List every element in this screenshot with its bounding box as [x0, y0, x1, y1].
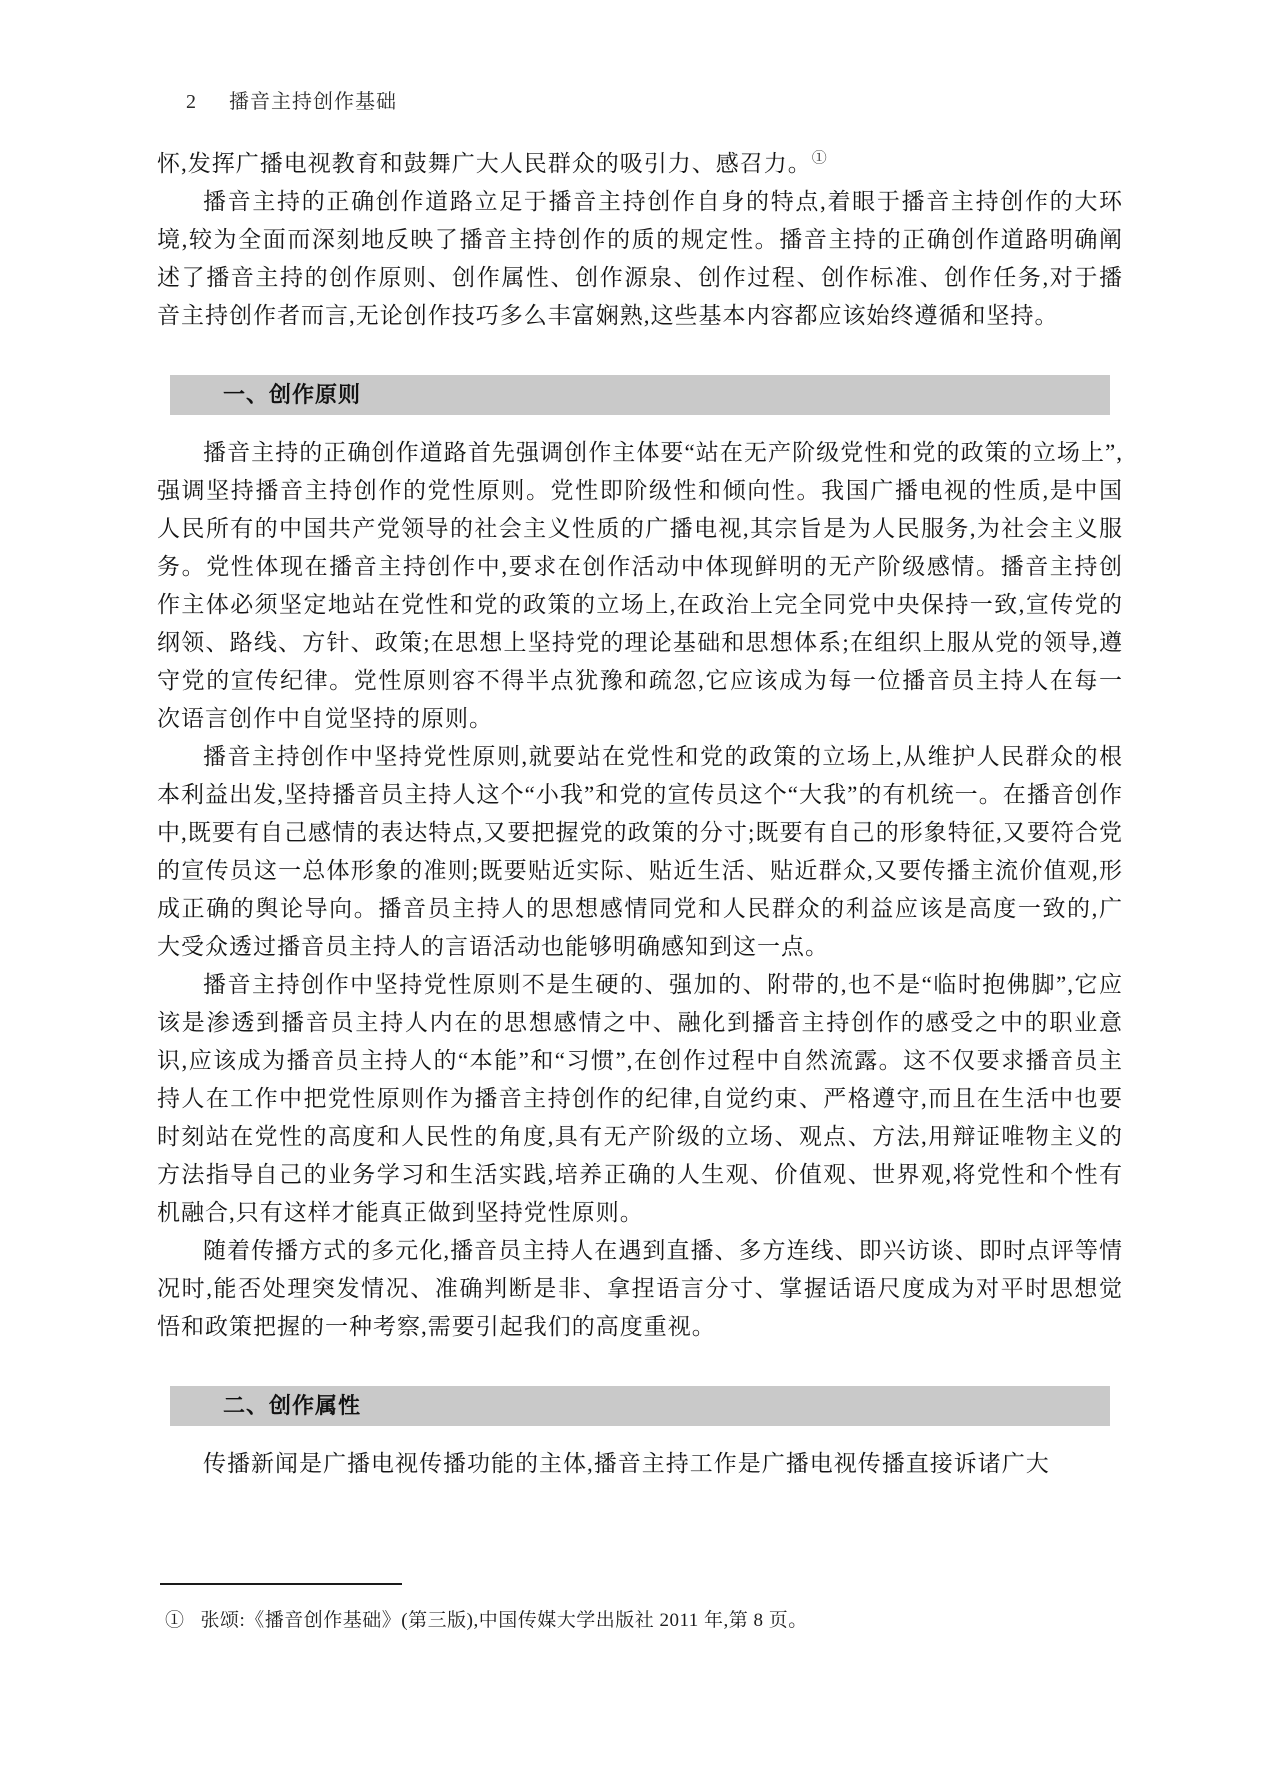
footnote-marker: ①	[165, 1610, 185, 1631]
footnote-divider	[160, 1583, 402, 1585]
book-page: 2 播音主持创作基础 怀,发挥广播电视教育和鼓舞广大人民群众的吸引力、感召力。①…	[0, 0, 1280, 1783]
section-heading-bar: 一、创作原则	[170, 375, 1110, 415]
footnote-reference: ①	[812, 150, 827, 166]
running-header: 2 播音主持创作基础	[186, 90, 397, 114]
body-paragraph: 传播新闻是广播电视传播功能的主体,播音主持工作是广播电视传播直接诉诸广大	[157, 1445, 1123, 1483]
footnote: ①张颂:《播音创作基础》(第三版),中国传媒大学出版社 2011 年,第 8 页…	[165, 1606, 1115, 1636]
body-paragraph: 播音主持创作中坚持党性原则不是生硬的、强加的、附带的,也不是“临时抱佛脚”,它应…	[157, 966, 1123, 1232]
page-body: 怀,发挥广播电视教育和鼓舞广大人民群众的吸引力、感召力。① 播音主持的正确创作道…	[157, 145, 1123, 1483]
body-paragraph: 播音主持的正确创作道路首先强调创作主体要“站在无产阶级党性和党的政策的立场上”,…	[157, 434, 1123, 738]
body-paragraph: 播音主持创作中坚持党性原则,就要站在党性和党的政策的立场上,从维护人民群众的根本…	[157, 738, 1123, 966]
section-heading: 二、创作属性	[223, 1386, 361, 1426]
section-creation-principles: 一、创作原则 播音主持的正确创作道路首先强调创作主体要“站在无产阶级党性和党的政…	[157, 375, 1123, 1346]
footnote-text: 张颂:《播音创作基础》(第三版),中国传媒大学出版社 2011 年,第 8 页。	[201, 1610, 808, 1631]
page-number: 2	[186, 91, 197, 113]
running-title: 播音主持创作基础	[229, 91, 397, 113]
section-creation-attributes: 二、创作属性 传播新闻是广播电视传播功能的主体,播音主持工作是广播电视传播直接诉…	[157, 1386, 1123, 1483]
carryover-paragraph: 怀,发挥广播电视教育和鼓舞广大人民群众的吸引力、感召力。①	[157, 145, 1123, 183]
intro-paragraph: 播音主持的正确创作道路立足于播音主持创作自身的特点,着眼于播音主持创作的大环境,…	[157, 183, 1123, 335]
body-paragraph: 随着传播方式的多元化,播音员主持人在遇到直播、多方连线、即兴访谈、即时点评等情况…	[157, 1232, 1123, 1346]
carryover-text: 怀,发挥广播电视教育和鼓舞广大人民群众的吸引力、感召力。	[157, 151, 812, 176]
section-heading-bar: 二、创作属性	[170, 1386, 1110, 1426]
section-heading: 一、创作原则	[223, 375, 361, 415]
